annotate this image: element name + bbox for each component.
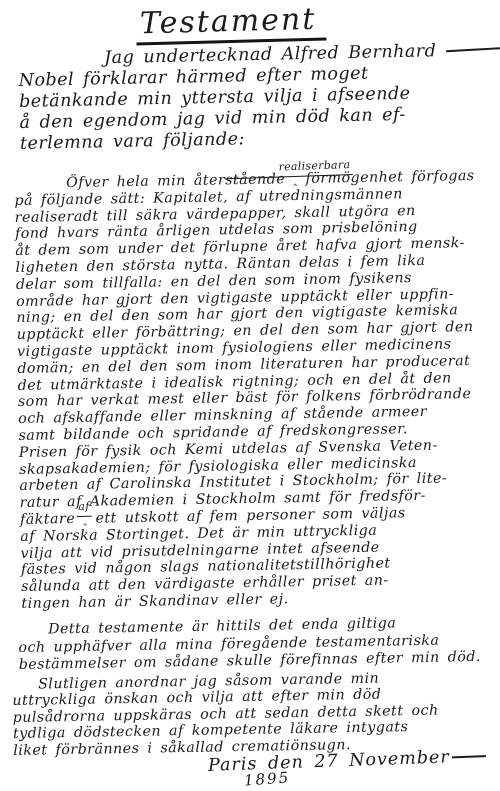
inserted-word: af: [76, 498, 92, 516]
signature-year: 1895: [243, 768, 290, 789]
paragraph-2: Öfver hela min återstående realiserbara …: [14, 168, 500, 613]
paragraph-4: Slutligen anordnar jag såsom varande min…: [12, 669, 495, 759]
paragraph-3: Detta testamente är hittils det enda gil…: [18, 614, 491, 675]
document-title: Testament: [136, 2, 327, 46]
inserted-word: realiserbara: [225, 157, 353, 179]
insertion-caret: af: [83, 511, 88, 527]
insertion-caret: realiserbara: [293, 171, 298, 187]
manuscript-page: Testament Jag undertecknad Alfred Bernha…: [0, 0, 500, 791]
paragraph-1: Jag undertecknad Alfred BernhardNobel fö…: [18, 40, 494, 155]
document-title-wrap: Testament: [136, 4, 326, 43]
